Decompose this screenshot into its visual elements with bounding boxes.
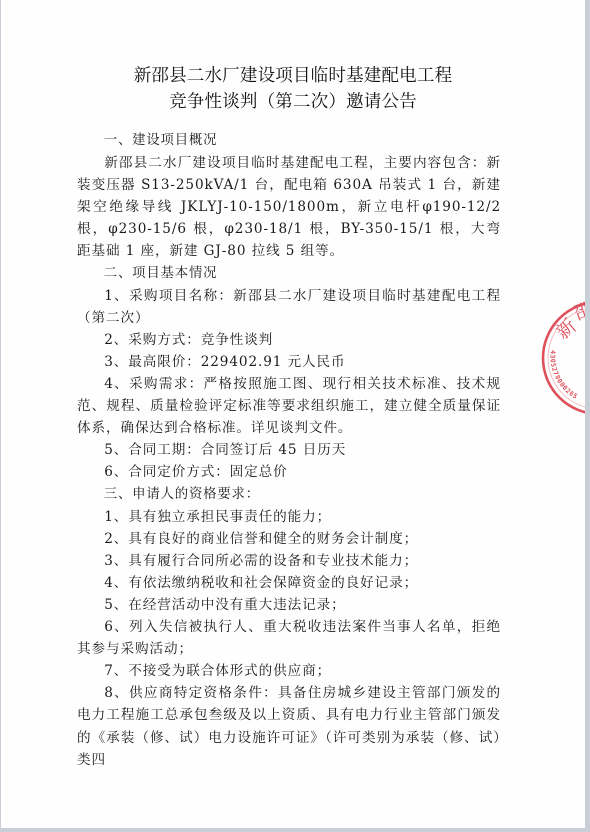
document-title-line1: 新邵县二水厂建设项目临时基建配电工程 (1, 62, 585, 87)
qualification-item: 3、具有履行合同所必需的设备和专业技术能力； (77, 550, 501, 572)
official-seal-stamp: 新 邵 4305270000265 (539, 298, 585, 418)
qualification-item-special: 8、供应商特定资格条件：具备住房城乡建设主管部门颁发的电力工程施工总承包叁级及以… (77, 682, 501, 770)
section-heading-project-basics: 二、项目基本情况 (77, 263, 501, 285)
qualification-item: 5、在经营活动中没有重大违法记录； (77, 594, 501, 616)
document-title-line2: 竞争性谈判（第二次）邀请公告 (1, 88, 585, 113)
qualification-item: 2、具有良好的商业信誉和健全的财务会计制度； (77, 528, 501, 550)
project-basics-item: 4、采购需求：严格按照施工图、现行相关技术标准、技术规范、规程、质量检验评定标准… (77, 373, 501, 439)
document-page: 新邵县二水厂建设项目临时基建配电工程 竞争性谈判（第二次）邀请公告 一、建设项目… (1, 0, 585, 828)
project-basics-item: 3、最高限价：229402.91 元人民币 (77, 351, 501, 373)
section-heading-project-overview: 一、建设项目概况 (77, 130, 501, 152)
project-basics-item: 5、合同工期：合同签订后 45 日历天 (77, 439, 501, 461)
svg-text:4305270000265: 4305270000265 (549, 350, 580, 401)
document-body: 一、建设项目概况 新邵县二水厂建设项目临时基建配电工程，主要内容包含：新装变压器… (77, 130, 501, 771)
stamp-char-1: 新 (552, 315, 581, 344)
stamp-serial-number: 4305270000265 (549, 350, 580, 401)
qualification-item: 4、有依法缴纳税收和社会保障资金的良好记录； (77, 572, 501, 594)
project-basics-item: 2、采购方式：竞争性谈判 (77, 329, 501, 351)
project-basics-item: 1、采购项目名称：新邵县二水厂建设项目临时基建配电工程（第二次） (77, 285, 501, 329)
qualification-item: 6、列入失信被执行人、重大税收违法案件当事人名单，拒绝其参与采购活动； (77, 616, 501, 660)
section-heading-qualifications: 三、申请人的资格要求： (77, 484, 501, 506)
stamp-char-2: 邵 (571, 298, 585, 325)
qualification-item: 1、具有独立承担民事责任的能力； (77, 506, 501, 528)
qualification-item-8-label: 8、供应商特定资格条件： (104, 685, 278, 701)
project-overview-paragraph: 新邵县二水厂建设项目临时基建配电工程，主要内容包含：新装变压器 S13-250k… (77, 152, 501, 262)
project-basics-item: 6、合同定价方式：固定总价 (77, 461, 501, 483)
qualification-item: 7、不接受为联合体形式的供应商； (77, 660, 501, 682)
